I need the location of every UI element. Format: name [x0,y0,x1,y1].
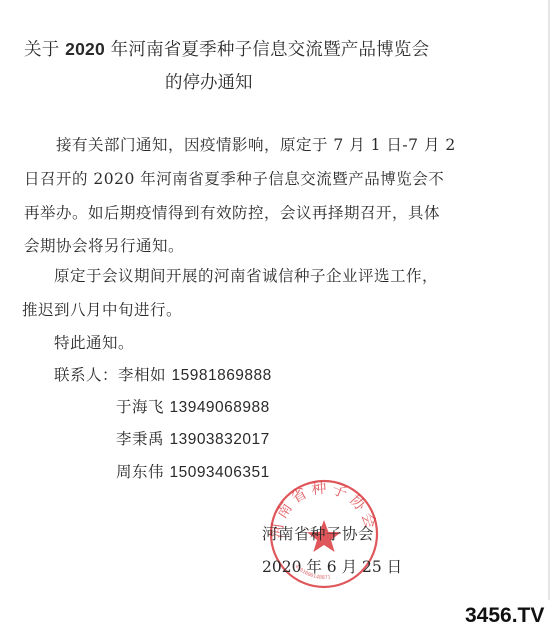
signature-organization: 河南省种子协会 [262,522,374,544]
site-watermark: 3456.TV [465,604,544,628]
title-year: 2020 [65,39,105,59]
contact-name: 周东伟 [116,463,164,481]
paragraph-line: 会期协会将另行通知。 [24,234,184,256]
contact-row: 联系人：李相如 15981869888 [54,363,272,385]
contact-name: 于海飞 [116,398,164,416]
paragraph-line: 推迟到八月中旬进行。 [22,298,182,320]
title-prefix: 关于 [24,40,65,60]
paragraph-line: 特此通知。 [22,331,134,353]
contact-row: 李秉禹 13903832017 [116,427,270,449]
paragraph-line: 原定于会议期间开展的河南省诚信种子企业评选工作， [22,264,438,286]
paragraph-line: 日召开的 2020 年河南省夏季种子信息交流暨产品博览会不 [24,167,444,189]
contact-phone: 13949068988 [169,399,269,416]
contact-row: 周东伟 15093406351 [116,460,270,482]
document-title-line2: 的停办通知 [165,69,253,94]
paragraph-line: 接有关部门通知，因疫情影响，原定于 7 月 1 日-7 月 2 [24,133,456,155]
contact-phone: 15981869888 [171,367,271,384]
paragraph-line: 再举办。如后期疫情得到有效防控，会议再择期召开，具体 [24,201,440,223]
title-suffix: 年河南省夏季种子信息交流暨产品博览会 [105,40,429,60]
contact-phone: 13903832017 [169,431,269,448]
signature-date: 2020 年 6 月 25 日 [262,555,402,577]
contact-name: 李秉禹 [116,430,164,448]
contacts-label: 联系人： [54,366,118,384]
contact-name: 李相如 [118,366,166,384]
document-title-line1: 关于 2020 年河南省夏季种子信息交流暨产品博览会 [24,36,429,61]
contact-phone: 15093406351 [169,464,269,481]
contact-row: 于海飞 13949068988 [116,395,270,417]
